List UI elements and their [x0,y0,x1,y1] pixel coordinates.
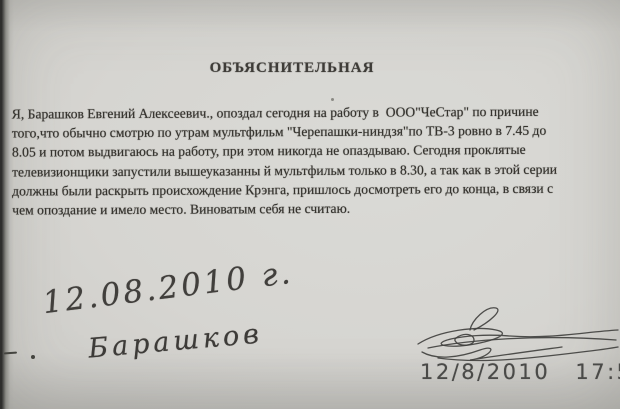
body-line: 8.05 и потом выдвигаюсь на работу, при э… [12,140,608,162]
camera-timestamp-date: 12/8/2010 [420,360,550,384]
body-line: чем опоздание и имело место. Виноватым с… [12,197,608,219]
photo-artifact-dot [31,355,35,359]
document-photo: ОБЪЯСНИТЕЛЬНАЯ Я, Барашков Евгений Алекс… [0,0,620,409]
handwritten-date: 12.08.2010 г. [41,255,295,321]
handwritten-signature: Барашков [87,318,264,364]
camera-timestamp: 12/8/2010 17:59 [420,360,620,384]
document-body: Я, Барашков Евгений Алексеевич., опоздал… [12,101,609,219]
photo-artifact-speck [331,98,334,101]
document-title: ОБЪЯСНИТЕЛЬНАЯ [0,60,602,77]
body-line: должны были раскрыть происхождение Крэнг… [12,178,608,200]
camera-timestamp-time: 17:59 [575,360,620,384]
